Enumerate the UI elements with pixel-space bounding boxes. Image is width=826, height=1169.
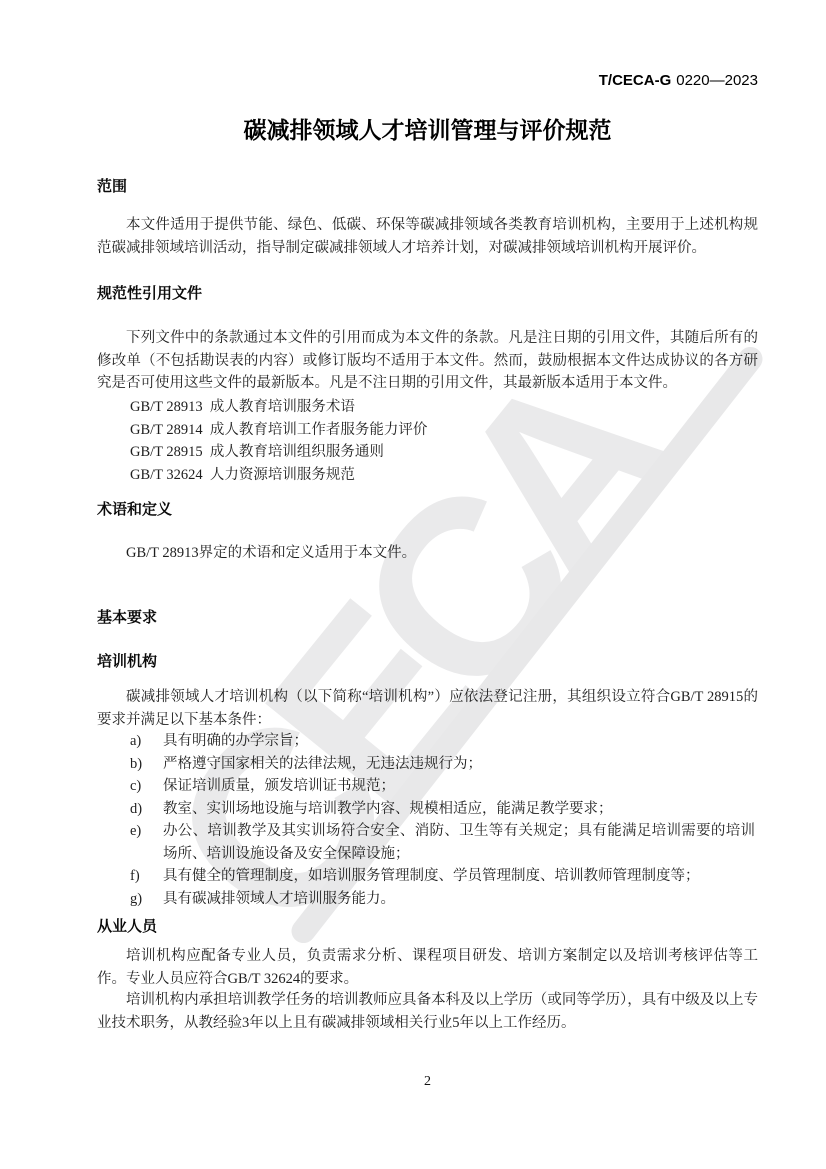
- list-item: e) 办公、培训教学及其实训场符合安全、消防、卫生等有关规定；具有能满足培训需要…: [97, 820, 758, 865]
- page-number: 2: [97, 1074, 758, 1090]
- staff-paragraph-1: 培训机构应配备专业人员，负责需求分析、课程项目研发、培训方案制定以及培训考核评估…: [97, 945, 758, 990]
- list-item-marker: f): [97, 865, 163, 888]
- list-item: g) 具有碳减排领域人才培训服务能力。: [97, 888, 758, 911]
- section-heading-terms: 术语和定义: [97, 500, 758, 520]
- page-title: 碳减排领域人才培训管理与评价规范: [97, 112, 758, 148]
- list-item-marker: b): [97, 753, 163, 776]
- list-item-text: 严格遵守国家相关的法律法规，无违法违规行为；: [163, 753, 482, 776]
- list-item: c) 保证培训质量，颁发培训证书规范；: [97, 775, 758, 798]
- list-item-marker: g): [97, 888, 163, 911]
- list-item-marker: c): [97, 775, 163, 798]
- list-item-text: 办公、培训教学及其实训场符合安全、消防、卫生等有关规定；具有能满足培训需要的培训…: [163, 820, 755, 865]
- reference-item: GB/T 28914 成人教育培训工作者服务能力评价: [130, 419, 758, 442]
- section-heading-basic-requirements: 基本要求: [97, 608, 758, 628]
- list-item: b) 严格遵守国家相关的法律法规，无违法违规行为；: [97, 753, 758, 776]
- terms-paragraph: GB/T 28913界定的术语和定义适用于本文件。: [97, 542, 758, 565]
- reference-item: GB/T 28915 成人教育培训组织服务通则: [130, 441, 758, 464]
- list-item-text: 具有明确的办学宗旨；: [163, 730, 308, 753]
- list-item: d) 教室、实训场地设施与培训教学内容、规模相适应，能满足教学要求；: [97, 798, 758, 821]
- list-item-text: 具有碳减排领域人才培训服务能力。: [163, 888, 395, 911]
- training-organization-paragraph: 碳减排领域人才培训机构（以下简称“培训机构”）应依法登记注册，其组织设立符合GB…: [97, 686, 758, 731]
- list-item: f) 具有健全的管理制度，如培训服务管理制度、学员管理制度、培训教师管理制度等；: [97, 865, 758, 888]
- subsection-heading-training-organization: 培训机构: [97, 652, 758, 672]
- document-code-prefix: T/CECA-G: [599, 72, 672, 89]
- staff-paragraph-2: 培训机构内承担培训教学任务的培训教师应具备本科及以上学历（或同等学历），具有中级…: [97, 989, 758, 1034]
- reference-item: GB/T 28913 成人教育培训服务术语: [130, 396, 758, 419]
- document-code-number: 0220—2023: [676, 72, 758, 89]
- section-heading-scope: 范围: [97, 177, 758, 197]
- list-item-marker: a): [97, 730, 163, 753]
- list-item-text: 具有健全的管理制度，如培训服务管理制度、学员管理制度、培训教师管理制度等；: [163, 865, 700, 888]
- list-item-text: 保证培训质量，颁发培训证书规范；: [163, 775, 395, 798]
- list-item-marker: d): [97, 798, 163, 821]
- scope-paragraph: 本文件适用于提供节能、绿色、低碳、环保等碳减排领域各类教育培训机构，主要用于上述…: [97, 214, 758, 259]
- document-page: CECA T/CECA-G0220—2023 碳减排领域人才培训管理与评价规范 …: [0, 0, 826, 1169]
- reference-item: GB/T 32624 人力资源培训服务规范: [130, 464, 758, 487]
- section-heading-normative-references: 规范性引用文件: [97, 284, 758, 304]
- normative-references-list: GB/T 28913 成人教育培训服务术语 GB/T 28914 成人教育培训工…: [97, 396, 758, 486]
- subsection-heading-staff: 从业人员: [97, 917, 758, 937]
- basic-conditions-list: a) 具有明确的办学宗旨； b) 严格遵守国家相关的法律法规，无违法违规行为； …: [97, 730, 758, 910]
- document-code: T/CECA-G0220—2023: [97, 71, 758, 91]
- normative-references-paragraph: 下列文件中的条款通过本文件的引用而成为本文件的条款。凡是注日期的引用文件，其随后…: [97, 327, 758, 395]
- list-item: a) 具有明确的办学宗旨；: [97, 730, 758, 753]
- list-item-marker: e): [97, 820, 163, 865]
- list-item-text: 教室、实训场地设施与培训教学内容、规模相适应，能满足教学要求；: [163, 798, 613, 821]
